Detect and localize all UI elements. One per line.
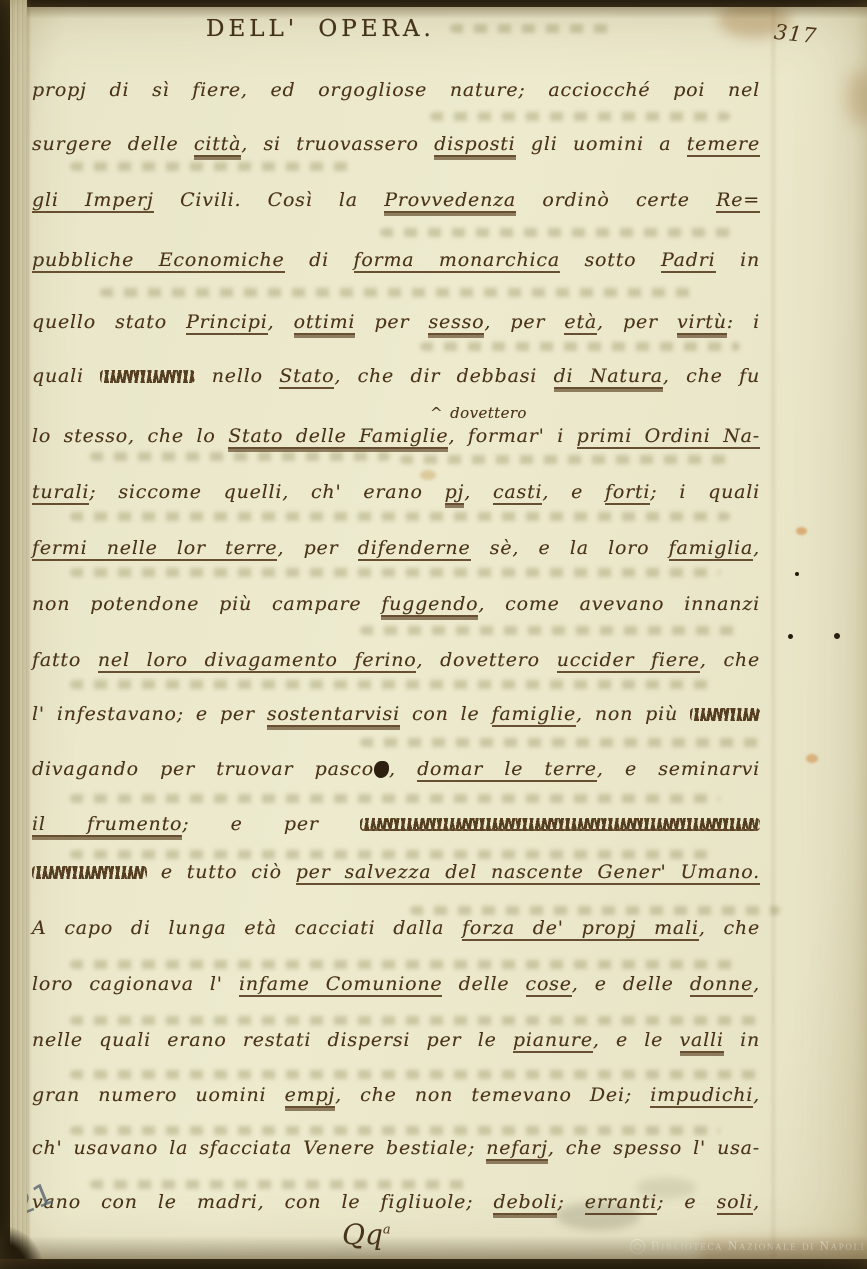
manuscript-text: , dovettero bbox=[416, 649, 556, 671]
manuscript-text: , che spesso l' usa- bbox=[548, 1137, 760, 1159]
underlined-word: turali bbox=[32, 481, 89, 505]
manuscript-text: ch' usavano la sfacciata Venere bestiale… bbox=[32, 1137, 486, 1159]
manuscript-text: nelle quali erano restati dispersi per l… bbox=[32, 1029, 513, 1051]
manuscript-line: ch' usavano la sfacciata Venere bestiale… bbox=[32, 1136, 760, 1160]
manuscript-text: surgere delle bbox=[32, 133, 194, 155]
manuscript-text: quali bbox=[32, 365, 100, 387]
manuscript-line: fatto nel loro divagamento ferino, dovet… bbox=[32, 648, 760, 672]
gutter-crease bbox=[27, 0, 30, 1269]
underlined-word: domar le terre bbox=[417, 758, 597, 782]
manuscript-text: , bbox=[753, 1084, 760, 1106]
manuscript-line: turali; siccome quelli, ch' erano pj, ca… bbox=[32, 480, 760, 504]
manuscript-text: loro cagionava l' bbox=[32, 973, 239, 995]
manuscript-line: quali nello Stato, che dir debbasi di Na… bbox=[32, 364, 760, 388]
manuscript-text: , che non temevano Dei; bbox=[335, 1084, 650, 1106]
underlined-word: forma monarchica bbox=[354, 249, 560, 273]
underlined-word: famiglia bbox=[669, 537, 754, 561]
underlined-word: pubbliche Economiche bbox=[32, 249, 285, 273]
manuscript-line: gli Imperj Civili. Così la Provvedenza o… bbox=[32, 188, 760, 212]
manuscript-text: ; e bbox=[657, 1191, 717, 1213]
underlined-word: valli bbox=[680, 1029, 724, 1053]
manuscript-text: , bbox=[464, 481, 493, 503]
cancelled-scribble bbox=[360, 818, 760, 831]
manuscript-text: fatto bbox=[32, 649, 98, 671]
cancelled-scribble bbox=[32, 866, 147, 879]
manuscript-line: l' infestavano; e per sostentarvisi con … bbox=[32, 702, 760, 726]
underlined-word: di Natura bbox=[554, 365, 663, 389]
manuscript-text: , bbox=[389, 758, 417, 780]
manuscript-text: , come avevano innanzi bbox=[478, 593, 760, 615]
manuscript-text: Civili. Così la bbox=[154, 189, 385, 211]
manuscript-text: , per bbox=[597, 311, 677, 333]
underlined-word: fermi nelle lor terre bbox=[32, 537, 277, 561]
manuscript-text: quello stato bbox=[32, 311, 186, 333]
underlined-word: Stato delle Famiglie bbox=[228, 425, 448, 449]
manuscript-text: , che fu bbox=[663, 365, 760, 387]
manuscript-text: gran numero uomini bbox=[32, 1084, 285, 1106]
underlined-word: virtù bbox=[677, 311, 727, 335]
underlined-word: nefarj bbox=[486, 1137, 548, 1161]
manuscript-text: , e le bbox=[593, 1029, 680, 1051]
manuscript-line: fermi nelle lor terre, per difenderne sè… bbox=[32, 536, 760, 560]
manuscript-text: in bbox=[716, 249, 760, 271]
manuscript-text: non potendone più campare bbox=[32, 593, 381, 615]
underlined-word: pianure bbox=[513, 1029, 593, 1053]
underlined-word: sostentarvisi bbox=[267, 703, 400, 727]
underlined-word: il frumento bbox=[32, 813, 182, 837]
stacked-page-edges bbox=[10, 0, 27, 1269]
underlined-word: erranti bbox=[585, 1191, 657, 1215]
manuscript-text: ; siccome quelli, ch' erano bbox=[89, 481, 444, 503]
running-header: DELL' OPERA. bbox=[206, 16, 435, 42]
manuscript-text: , che bbox=[699, 917, 760, 939]
manuscript-text: propj di sì fiere, ed orgogliose nature;… bbox=[32, 79, 760, 101]
bottom-left-corner-shadow bbox=[0, 1185, 80, 1269]
manuscript-text: delle bbox=[442, 973, 525, 995]
manuscript-text: , si truovassero bbox=[241, 133, 434, 155]
manuscript-line: A capo di lunga età cacciati dalla forza… bbox=[32, 916, 760, 940]
underlined-word: casti bbox=[493, 481, 542, 505]
page-fold-shadow bbox=[772, 7, 776, 1259]
manuscript-text: , che dir debbasi bbox=[334, 365, 553, 387]
manuscript-line: nelle quali erano restati dispersi per l… bbox=[32, 1028, 760, 1052]
underlined-word: per salvezza del nascente Gener' Umano. bbox=[296, 861, 760, 885]
underlined-word: Provvedenza bbox=[384, 189, 516, 213]
underlined-word: età bbox=[564, 311, 597, 335]
manuscript-text: , bbox=[753, 1191, 760, 1213]
underlined-word: pj bbox=[445, 481, 465, 505]
manuscript-line: surgere delle città, si truovassero disp… bbox=[32, 132, 760, 156]
underlined-word: primi Ordini Na- bbox=[577, 425, 760, 449]
interline-insertion: ^ dovettero bbox=[430, 401, 570, 425]
underlined-word: Re= bbox=[716, 189, 760, 213]
manuscript-text: : i bbox=[727, 311, 760, 333]
manuscript-text: ; i quali bbox=[650, 481, 760, 503]
cancelled-scribble bbox=[100, 370, 195, 383]
manuscript-text: per bbox=[355, 311, 428, 333]
underlined-word: disposti bbox=[434, 133, 515, 157]
underlined-word: donne bbox=[690, 973, 753, 997]
underlined-word: deboli bbox=[493, 1191, 557, 1215]
underlined-word: forti bbox=[605, 481, 650, 505]
top-edge-shadow bbox=[0, 7, 867, 19]
manuscript-text: l' infestavano; e per bbox=[32, 703, 267, 725]
underlined-word: ottimi bbox=[294, 311, 356, 335]
manuscript-line: loro cagionava l' infame Comunione delle… bbox=[32, 972, 760, 996]
manuscript-line: ^ dovetterolo stesso, che lo Stato delle… bbox=[32, 424, 760, 448]
manuscript-text: gli uomini a bbox=[516, 133, 687, 155]
folio-number: 317 bbox=[773, 20, 818, 48]
manuscript-text: , e seminarvi bbox=[597, 758, 760, 780]
manuscript-text: A capo di lunga età cacciati dalla bbox=[32, 917, 462, 939]
manuscript-text: sotto bbox=[560, 249, 661, 271]
underlined-word: uccider fiere bbox=[557, 649, 700, 673]
manuscript-text: , bbox=[268, 311, 294, 333]
underlined-word: temere bbox=[687, 133, 760, 157]
underlined-word: empj bbox=[285, 1084, 336, 1108]
underlined-word: Padri bbox=[661, 249, 716, 273]
underlined-word: nel loro divagamento ferino bbox=[98, 649, 417, 673]
manuscript-page-photo: DELL' OPERA. 317 propj di sì fiere, ed o… bbox=[0, 0, 867, 1269]
underlined-word: sesso bbox=[428, 311, 484, 335]
manuscript-text: ordinò certe bbox=[516, 189, 716, 211]
underlined-word: infame Comunione bbox=[239, 973, 443, 997]
manuscript-text: , per bbox=[484, 311, 564, 333]
manuscript-text: , bbox=[753, 537, 760, 559]
photo-border-bottom bbox=[0, 1259, 867, 1269]
underlined-word: impudichi bbox=[650, 1084, 753, 1108]
manuscript-text: in bbox=[724, 1029, 760, 1051]
manuscript-text: di bbox=[285, 249, 354, 271]
underlined-word: Stato bbox=[279, 365, 334, 389]
manuscript-line: vano con le madri, con le figliuole; deb… bbox=[32, 1190, 760, 1214]
manuscript-text: vano con le madri, con le figliuole; bbox=[32, 1191, 493, 1213]
manuscript-line: propj di sì fiere, ed orgogliose nature;… bbox=[32, 78, 760, 102]
manuscript-line: quello stato Principi, ottimi per sesso,… bbox=[32, 310, 760, 334]
underlined-word: gli Imperj bbox=[32, 189, 154, 213]
underlined-word: forza de' propj mali bbox=[462, 917, 699, 941]
manuscript-text: e tutto ciò bbox=[147, 861, 296, 883]
manuscript-line: non potendone più campare fuggendo, come… bbox=[32, 592, 760, 616]
underlined-word: difenderne bbox=[358, 537, 471, 561]
manuscript-text: con le bbox=[400, 703, 492, 725]
underlined-word: città bbox=[194, 133, 241, 157]
manuscript-line: il frumento; e per bbox=[32, 812, 760, 836]
manuscript-text: , non più bbox=[576, 703, 690, 725]
manuscript-text: ; bbox=[557, 1191, 584, 1213]
underlined-word: soli bbox=[717, 1191, 754, 1215]
underlined-word: Principi bbox=[186, 311, 268, 335]
underlined-word: famiglie bbox=[492, 703, 576, 727]
manuscript-line: e tutto ciò per salvezza del nascente Ge… bbox=[32, 860, 760, 884]
cancelled-scribble bbox=[690, 708, 760, 721]
manuscript-text: , formar' i bbox=[448, 425, 576, 447]
manuscript-text: , e delle bbox=[572, 973, 690, 995]
manuscript-text: , che bbox=[700, 649, 760, 671]
manuscript-line: gran numero uomini empj, che non temevan… bbox=[32, 1083, 760, 1107]
manuscript-line: pubbliche Economiche di forma monarchica… bbox=[32, 248, 760, 272]
manuscript-line: divagando per truovar pasco, domar le te… bbox=[32, 757, 760, 781]
manuscript-text: , per bbox=[277, 537, 357, 559]
manuscript-text: divagando per truovar pasco bbox=[32, 758, 374, 780]
underlined-word: fuggendo bbox=[381, 593, 478, 617]
ink-blot bbox=[374, 761, 389, 778]
manuscript-text: , bbox=[753, 973, 760, 995]
bottom-edge-shadow bbox=[0, 1236, 867, 1259]
book-gutter bbox=[0, 0, 10, 1269]
manuscript-text: ; e per bbox=[182, 813, 360, 835]
underlined-word: cose bbox=[526, 973, 572, 997]
manuscript-text: sè, e la loro bbox=[471, 537, 669, 559]
photo-border-top bbox=[0, 0, 867, 7]
manuscript-text: nello bbox=[195, 365, 279, 387]
manuscript-text: lo stesso, che lo bbox=[32, 425, 228, 447]
manuscript-text: , e bbox=[542, 481, 605, 503]
